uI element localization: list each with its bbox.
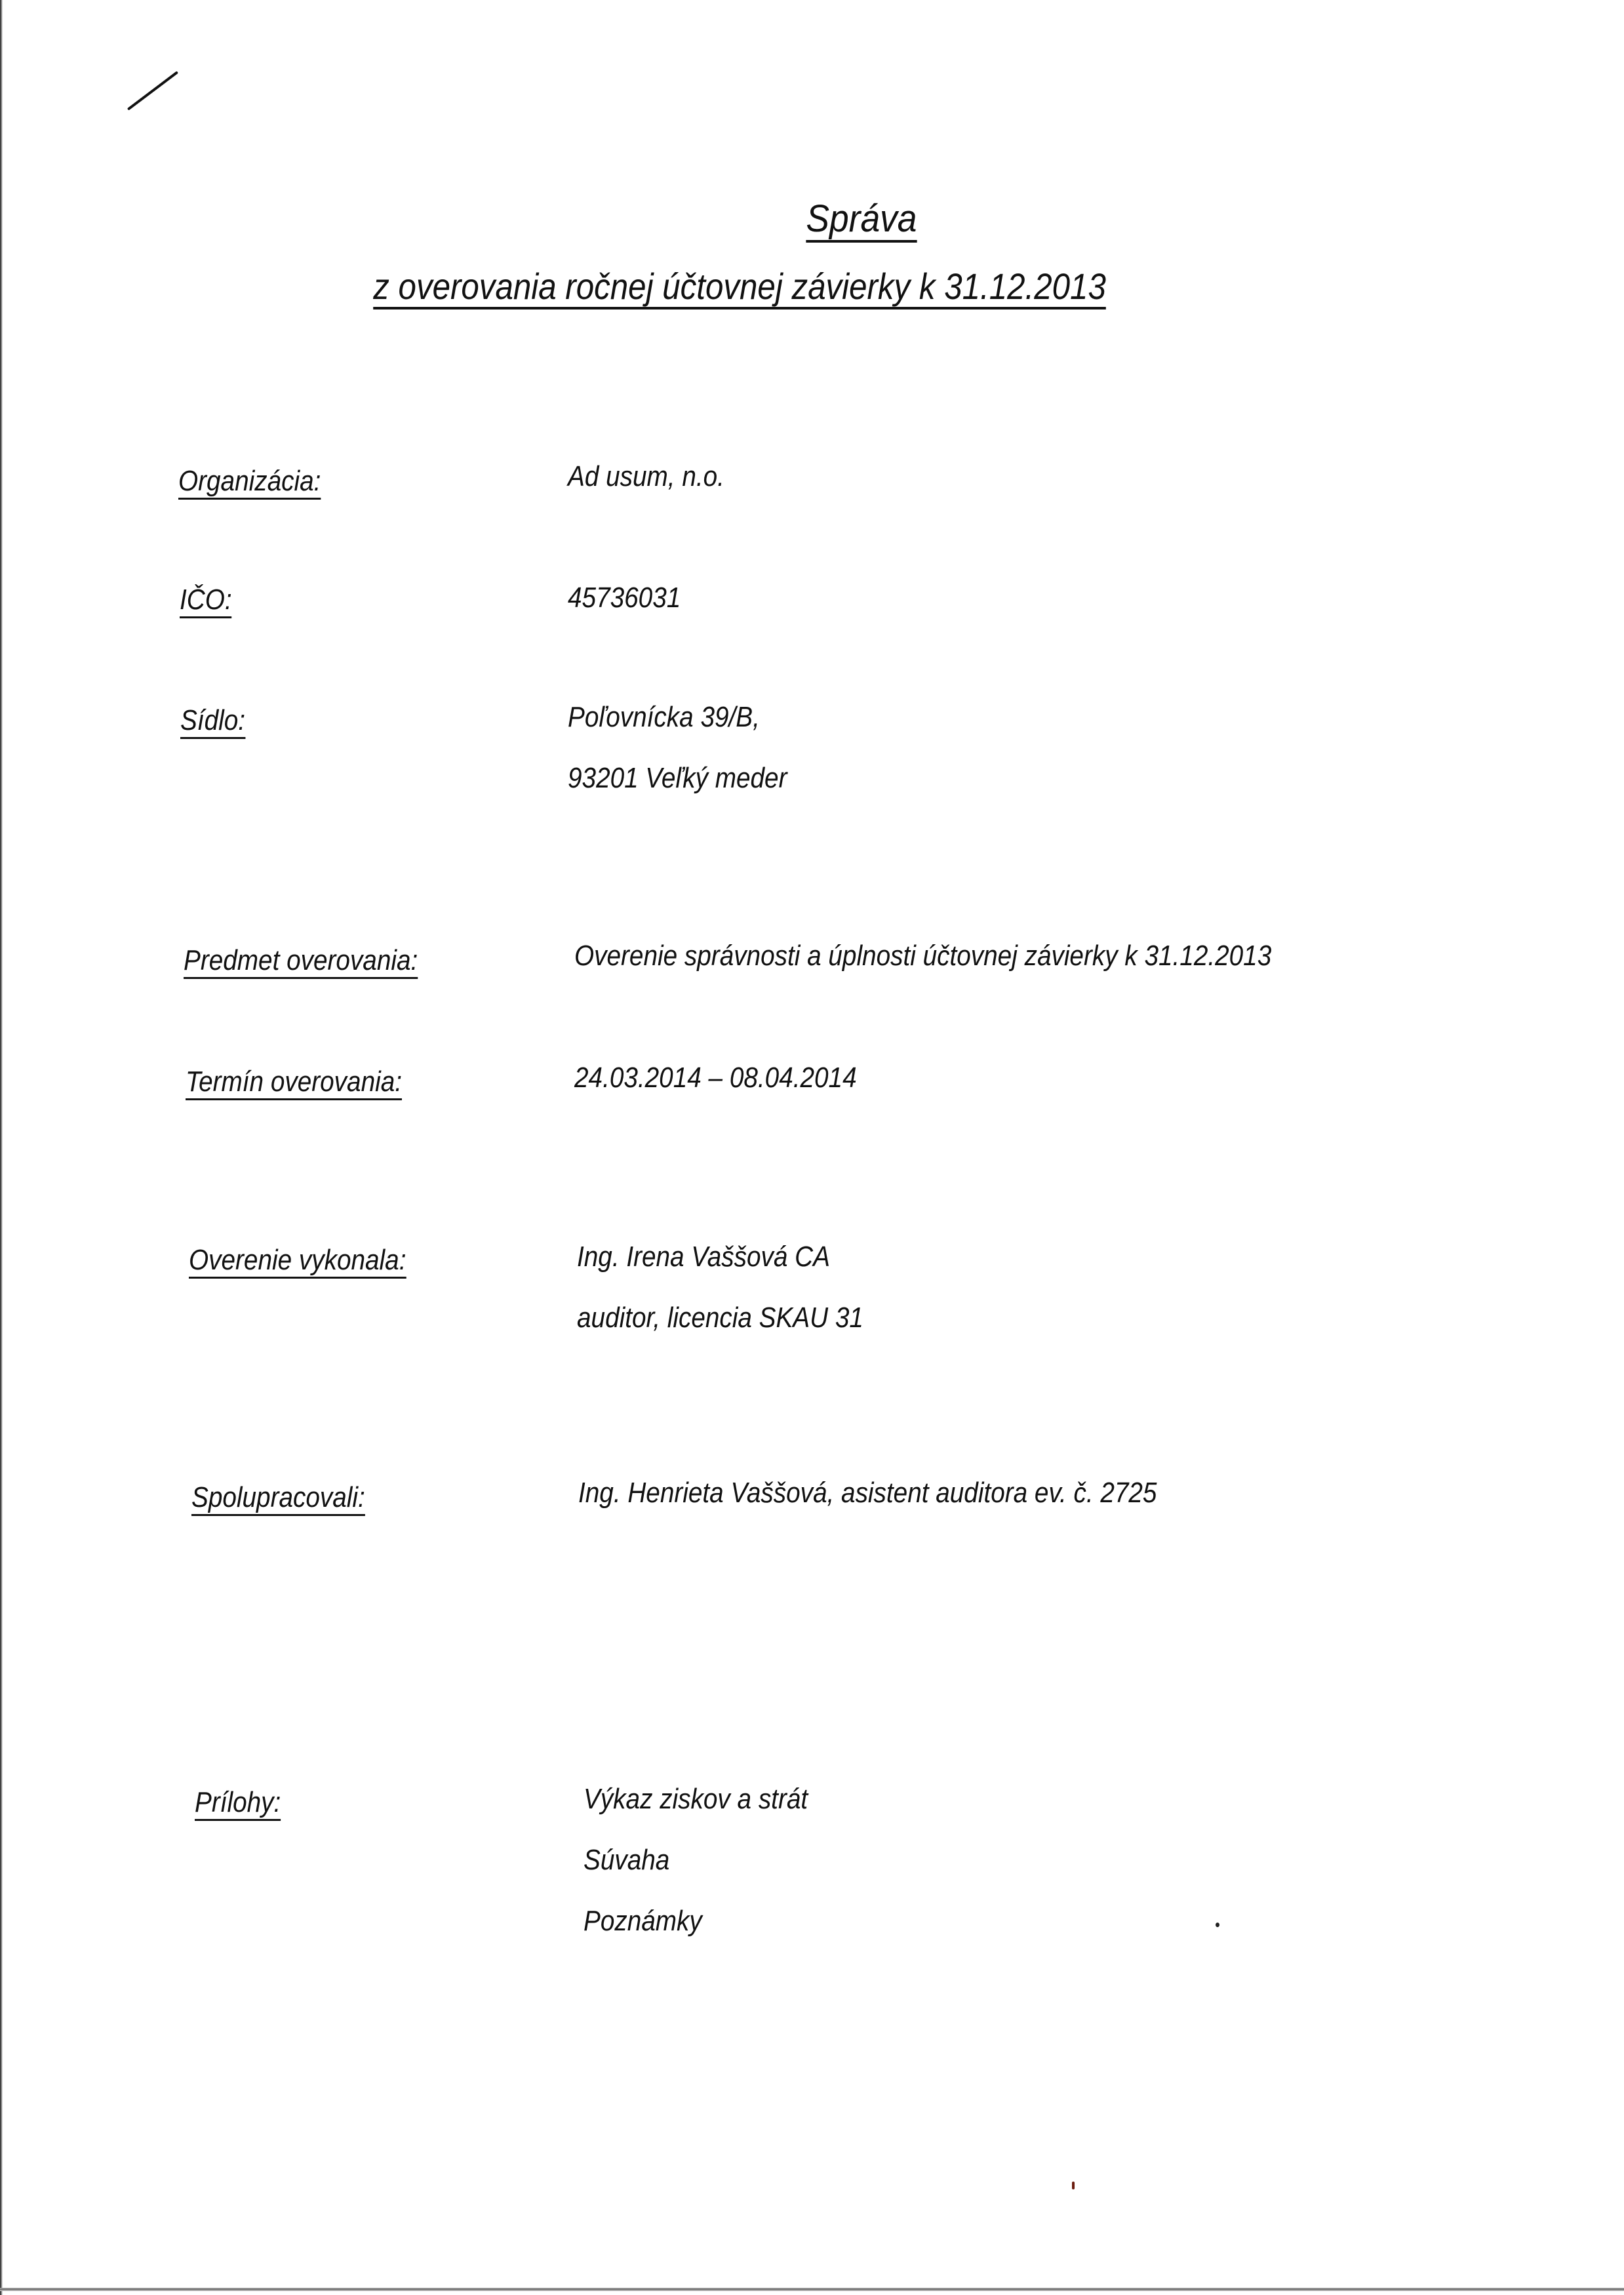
- field-label-text: Termín overovania:: [186, 1068, 402, 1100]
- field-value-ico: 45736031: [568, 584, 681, 612]
- attachment-item: Súvaha: [584, 1846, 669, 1875]
- field-value-seat-city: 93201 Veľký meder: [568, 764, 787, 793]
- scan-bottom-edge: [0, 2288, 1624, 2291]
- field-label-seat: Sídlo:: [180, 706, 245, 739]
- field-label-text: IČO:: [180, 586, 232, 618]
- field-label-subject: Predmet overovania:: [184, 946, 418, 979]
- field-label-organization: Organizácia:: [178, 467, 321, 500]
- field-value-period: 24.03.2014 – 08.04.2014: [574, 1064, 857, 1092]
- attachment-item: Výkaz ziskov a strát: [584, 1785, 808, 1814]
- field-label-period: Termín overovania:: [186, 1068, 402, 1100]
- field-value-auditor-name: Ing. Irena Vaššová CA: [577, 1243, 830, 1271]
- field-value-collaborators: Ing. Henrieta Vaššová, asistent auditora…: [578, 1479, 1157, 1507]
- scan-left-edge: [0, 0, 3, 2295]
- document-subtitle: z overovania ročnej účtovnej závierky k …: [0, 265, 1624, 309]
- field-value-subject: Overenie správnosti a úplnosti účtovnej …: [574, 942, 1271, 970]
- scan-speck: [1216, 1923, 1219, 1927]
- document-title-text: Správa: [806, 200, 917, 243]
- scan-speck: [1072, 2182, 1075, 2189]
- document-subtitle-text: z overovania ročnej účtovnej závierky k …: [374, 268, 1107, 309]
- field-label-text: Predmet overovania:: [184, 946, 418, 979]
- attachment-item: Poznámky: [584, 1907, 702, 1936]
- field-label-text: Prílohy:: [195, 1788, 281, 1821]
- field-label-text: Overenie vykonala:: [189, 1246, 406, 1279]
- field-label-attachments: Prílohy:: [195, 1788, 281, 1821]
- pen-stroke-mark: [127, 71, 178, 110]
- field-label-collaborators: Spolupracovali:: [191, 1483, 365, 1516]
- field-label-text: Spolupracovali:: [191, 1483, 365, 1516]
- field-value-seat-street: Poľovnícka 39/B,: [568, 703, 760, 732]
- field-label-performed-by: Overenie vykonala:: [189, 1246, 406, 1279]
- document-title: Správa: [0, 197, 1624, 243]
- field-label-text: Sídlo:: [180, 706, 245, 739]
- field-value-organization: Ad usum, n.o.: [568, 462, 724, 491]
- field-label-text: Organizácia:: [178, 467, 321, 500]
- field-value-auditor-license: auditor, licencia SKAU 31: [577, 1304, 863, 1332]
- field-label-ico: IČO:: [180, 586, 232, 618]
